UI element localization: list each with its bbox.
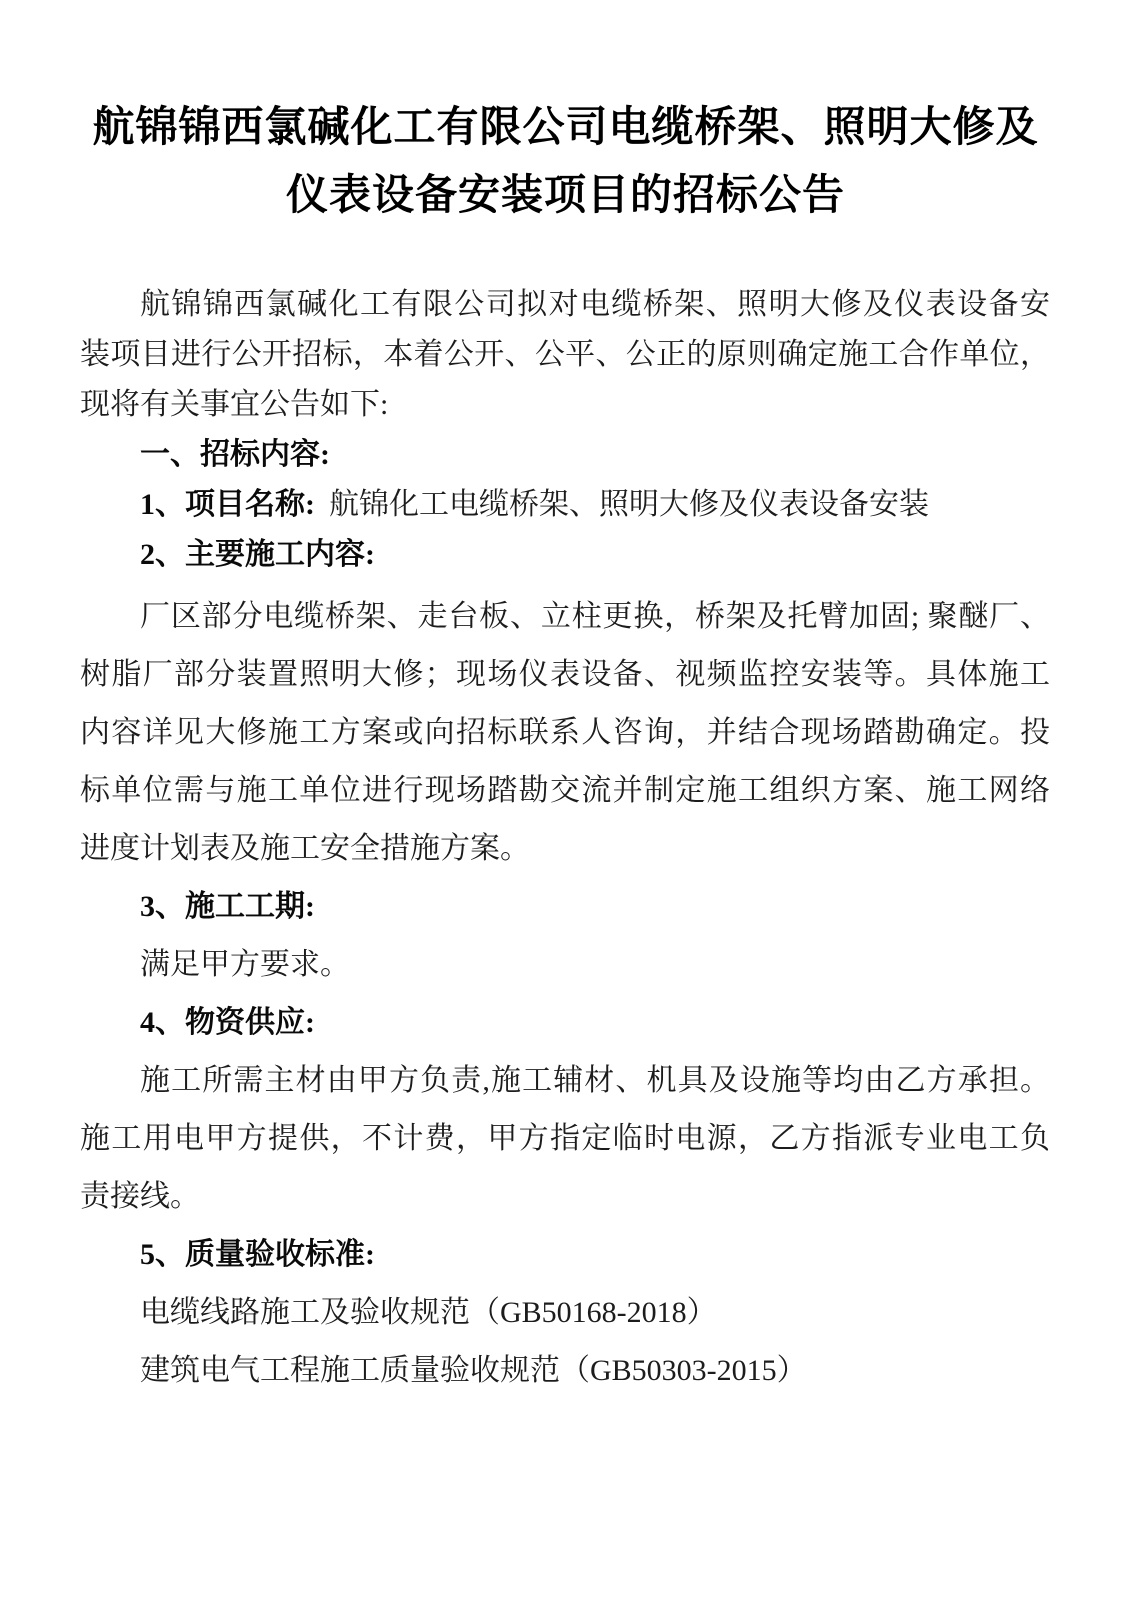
item2-body-line-1: 厂区部分电缆桥架、走台板、立柱更换，桥架及托臂加固; 聚醚厂、 (80, 588, 1050, 646)
item4-body-line-3: 责接线。 (80, 1168, 1050, 1226)
intro-line-2: 装项目进行公开招标，本着公开、公平、公正的原则确定施工合作单位， (80, 330, 1050, 380)
section1-heading: 一、招标内容: (80, 430, 1050, 480)
item4-body-line-2: 施工用电甲方提供，不计费，甲方指定临时电源，乙方指派专业电工负 (80, 1110, 1050, 1168)
item3-body: 满足甲方要求。 (80, 936, 1050, 994)
intro-line-1: 航锦锦西氯碱化工有限公司拟对电缆桥架、照明大修及仪表设备安 (80, 280, 1050, 330)
item1-project-name-label: 1、项目名称: (140, 488, 315, 521)
item5-heading-quality-standards: 5、质量验收标准: (80, 1226, 1050, 1284)
intro-line-3: 现将有关事宜公告如下: (80, 380, 1050, 430)
title-line-2: 仪表设备安装项目的招标公告 (58, 162, 1073, 230)
item2-body-line-4: 标单位需与施工单位进行现场踏勘交流并制定施工组织方案、施工网络 (80, 762, 1050, 820)
item4-body-line-1: 施工所需主材由甲方负责,施工辅材、机具及设施等均由乙方承担。 (80, 1052, 1050, 1110)
item3-heading-construction-period: 3、施工工期: (80, 878, 1050, 936)
document-title: 航锦锦西氯碱化工有限公司电缆桥架、照明大修及 仪表设备安装项目的招标公告 (0, 0, 1131, 230)
item5-standard-line-2: 建筑电气工程施工质量验收规范（GB50303-2015） (80, 1342, 1050, 1400)
item2-body-line-5: 进度计划表及施工安全措施方案。 (80, 820, 1050, 878)
item2-body-line-2: 树脂厂部分装置照明大修；现场仪表设备、视频监控安装等。具体施工 (80, 646, 1050, 704)
item2-heading-main-construction: 2、主要施工内容: (80, 530, 1050, 580)
item1-project-name-value: 航锦化工电缆桥架、照明大修及仪表设备安装 (329, 488, 929, 521)
item5-standard-line-1: 电缆线路施工及验收规范（GB50168-2018） (80, 1284, 1050, 1342)
item1-project-name-line: 1、项目名称:航锦化工电缆桥架、照明大修及仪表设备安装 (80, 480, 1050, 530)
item2-body-line-3: 内容详见大修施工方案或向招标联系人咨询，并结合现场踏勘确定。投 (80, 704, 1050, 762)
title-line-1: 航锦锦西氯碱化工有限公司电缆桥架、照明大修及 (58, 94, 1073, 162)
document-body: 航锦锦西氯碱化工有限公司拟对电缆桥架、照明大修及仪表设备安 装项目进行公开招标，… (80, 280, 1050, 1400)
item4-heading-material-supply: 4、物资供应: (80, 994, 1050, 1052)
document-page: 航锦锦西氯碱化工有限公司电缆桥架、照明大修及 仪表设备安装项目的招标公告 航锦锦… (0, 0, 1131, 1600)
